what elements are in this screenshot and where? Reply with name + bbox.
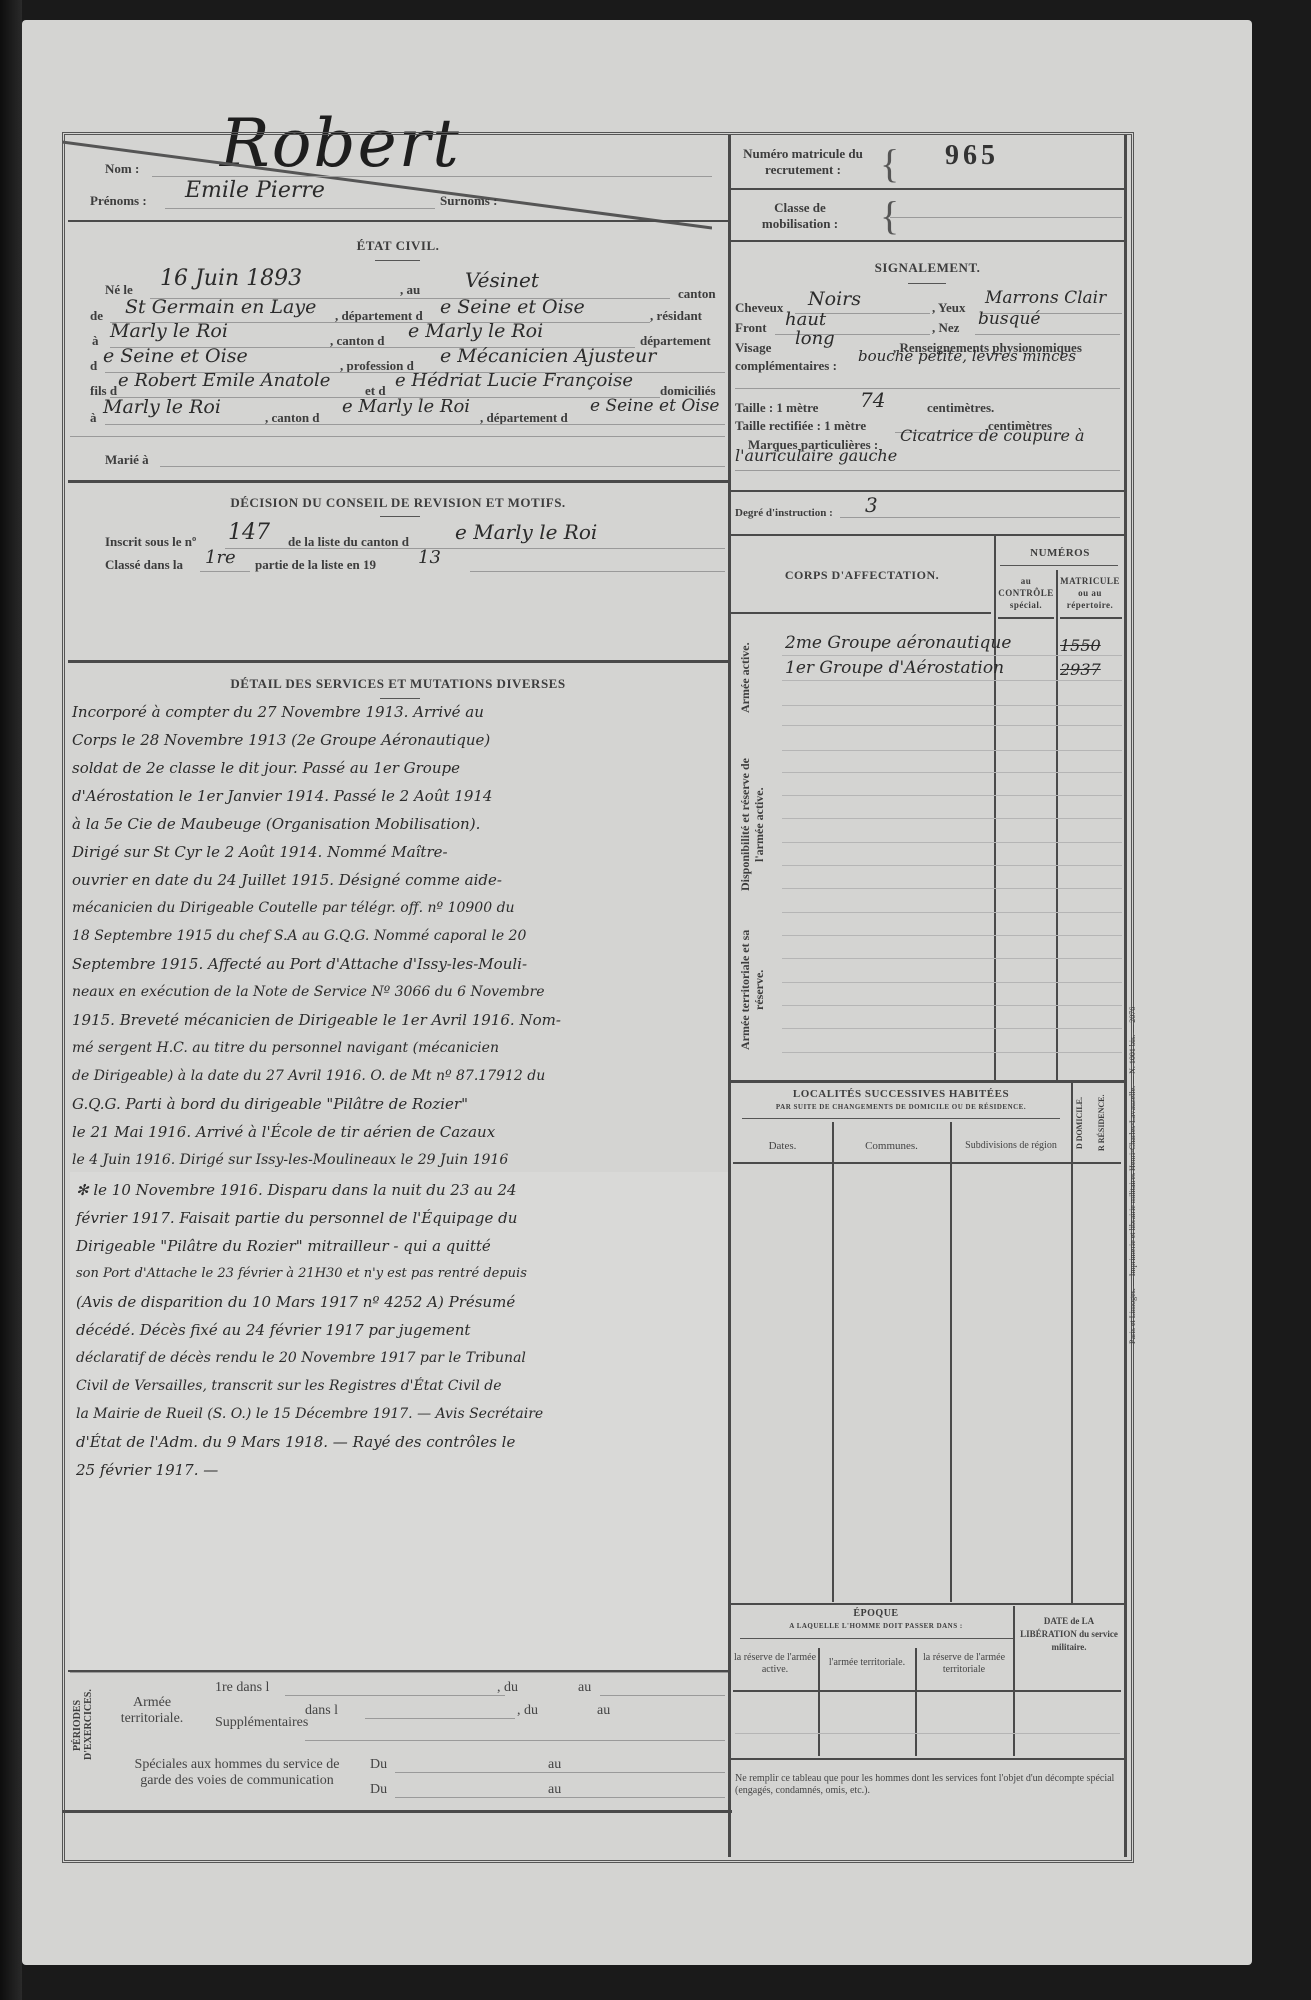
col-communes: Communes. (835, 1140, 948, 1152)
supplementaires-label: Supplémentaires (215, 1715, 308, 1731)
service-line: le 4 Juin 1916. Dirigé sur Issy-les-Moul… (72, 1146, 727, 1174)
au-label: , au (400, 282, 420, 298)
service-line: ouvrier en date du 24 Juillet 1915. Dési… (72, 866, 727, 894)
col-liberation: DATE de LA LIBÉRATION du service militai… (1016, 1615, 1122, 1654)
liste-canton-value[interactable]: e Marly le Roi (455, 520, 597, 544)
localites-title: LOCALITÉS SUCCESSIVES HABITÉES (731, 1088, 1071, 1100)
service-line: G.Q.G. Parti à bord du dirigeable "Pilât… (72, 1090, 727, 1118)
visage-label: Visage (735, 340, 771, 356)
classe-label: Classe de mobilisation : (740, 200, 860, 232)
departement2-prefix: d (90, 358, 97, 374)
marie-label: Marié à (105, 452, 149, 468)
au3-label: au (548, 1757, 561, 1773)
cheveux-value[interactable]: Noirs (808, 288, 861, 310)
du4-label: Du (370, 1782, 387, 1798)
au4-label: au (548, 1782, 561, 1798)
note-line: Dirigeable "Pilâtre du Rozier" mitraille… (76, 1232, 726, 1260)
printer-imprint: Paris et Limoges. — Imprimerie et librai… (1128, 880, 1137, 1470)
etat-civil-title: ÉTAT CIVIL. (68, 238, 728, 254)
speciales-label-1: Spéciales aux hommes du service de (112, 1757, 362, 1773)
du-label: , du (497, 1680, 518, 1696)
note-line: Civil de Versailles, transcrit sur les R… (76, 1372, 726, 1400)
service-line: de Dirigeable) à la date du 27 Avril 191… (72, 1062, 727, 1090)
note-line: déclaratif de décès rendu le 20 Novembre… (76, 1344, 726, 1372)
nom-label: Nom : (105, 161, 139, 177)
service-line: Dirigé sur St Cyr le 2 Août 1914. Nommé … (72, 838, 727, 866)
service-line: mé sergent H.C. au titre du personnel na… (72, 1034, 727, 1062)
note-line: décédé. Décès fixé au 24 février 1917 pa… (76, 1316, 726, 1344)
matricule-entry-1[interactable]: 1550 (1060, 636, 1101, 655)
col-controle: au CONTRÔLE spécial. (996, 575, 1056, 611)
epoque-subtitle: A LAQUELLE L'HOMME DOIT PASSER DANS : (731, 1622, 1021, 1630)
taille-label: Taille : 1 mètre (735, 400, 818, 416)
residence-departement[interactable]: e Seine et Oise (103, 345, 248, 367)
birth-place[interactable]: Vésinet (465, 268, 539, 292)
service-line: à la 5e Cie de Maubeuge (Organisation Mo… (72, 810, 727, 838)
signalement-title: SIGNALEMENT. (731, 260, 1124, 276)
complementaires-label: complémentaires : (735, 358, 837, 374)
birth-canton[interactable]: St Germain en Laye (125, 296, 316, 318)
partie-label: partie de la liste en 19 (255, 557, 376, 573)
cross-stroke (62, 140, 712, 230)
corps-entry-1[interactable]: 2me Groupe aéronautique (785, 633, 1011, 653)
classe-partie-value[interactable]: 1re (205, 547, 236, 568)
inscrit-label: Inscrit sous le nº (105, 534, 196, 550)
armee-territoriale-label: Armée territoriale. (112, 1695, 192, 1727)
taille-value[interactable]: 74 (860, 388, 885, 412)
parents-canton[interactable]: e Marly le Roi (342, 396, 470, 417)
canton-de-label: de (90, 308, 103, 324)
residence[interactable]: Marly le Roi (110, 320, 228, 342)
localites-subtitle: PAR SUITE DE CHANGEMENTS DE DOMICILE OU … (731, 1103, 1071, 1111)
degre-value[interactable]: 3 (865, 493, 878, 517)
col-territoriale: l'armée territoriale. (820, 1657, 914, 1669)
prenoms-value[interactable]: Emile Pierre (185, 178, 325, 203)
prenoms-label: Prénoms : (90, 193, 147, 209)
residant-label: , résidant (650, 308, 702, 324)
service-line: Corps le 28 Novembre 1913 (2e Groupe Aér… (72, 726, 727, 754)
col-matricule: MATRICULE ou au répertoire. (1058, 575, 1122, 611)
section-territoriale: Armée territoriale et sa réserve. (738, 910, 766, 1070)
matricule-label: Numéro matricule du recrutement : (738, 146, 868, 178)
service-line: soldat de 2e classe le dit jour. Passé a… (72, 754, 727, 782)
corps-title: CORPS D'AFFECTATION. (731, 568, 993, 583)
epoque-note: Ne remplir ce tableau que pour les homme… (735, 1773, 1120, 1797)
au-label: au (578, 1680, 591, 1696)
father-name[interactable]: e Robert Emile Anatole (118, 370, 330, 391)
mother-name[interactable]: e Hédriat Lucie Françoise (395, 370, 633, 391)
au2-label: au (597, 1703, 610, 1719)
book-binding (0, 0, 22, 2000)
yeux-value[interactable]: Marrons Clair (985, 288, 1106, 308)
numeros-title: NUMÉROS (996, 547, 1124, 559)
decision-title: DÉCISION DU CONSEIL DE REVISION ET MOTIF… (68, 495, 728, 511)
parents-domicile[interactable]: Marly le Roi (103, 396, 221, 418)
service-line: le 21 Mai 1916. Arrivé à l'École de tir … (72, 1118, 727, 1146)
speciales-label-2: garde des voies de communication (112, 1773, 362, 1789)
taille-rect-label: Taille rectifiée : 1 mètre (735, 418, 866, 434)
centimetres-label: centimètres. (927, 400, 994, 416)
degre-label: Degré d'instruction : (735, 507, 833, 519)
epoque-title: ÉPOQUE (731, 1608, 1021, 1619)
col-subdivisions: Subdivisions de région (952, 1140, 1070, 1151)
pasted-note: ✻ le 10 Novembre 1916. Disparu dans la n… (70, 1172, 731, 1673)
front-label: Front (735, 320, 767, 336)
note-line: 25 février 1917. — (76, 1456, 726, 1484)
note-line: son Port d'Attache le 23 février à 21H30… (76, 1260, 726, 1288)
premiere-label: 1re dans l (215, 1680, 269, 1696)
marques-value-2[interactable]: l'auriculaire gauche (735, 446, 897, 465)
note-line: ✻ le 10 Novembre 1916. Disparu dans la n… (76, 1176, 726, 1204)
classe-dans-label: Classé dans la (105, 557, 183, 573)
visage-value[interactable]: long (795, 328, 835, 349)
marques-value-1[interactable]: Cicatrice de coupure à (900, 426, 1085, 445)
matricule-entry-2[interactable]: 2937 (1060, 660, 1101, 679)
profession-value[interactable]: e Mécanicien Ajusteur (440, 345, 656, 367)
complementaires-value[interactable]: bouche petite, lèvres minces (858, 347, 1076, 365)
du2-label: , du (517, 1703, 538, 1719)
service-line: d'Aérostation le 1er Janvier 1914. Passé… (72, 782, 727, 810)
nez-label: , Nez (932, 320, 959, 336)
col-dates: Dates. (735, 1140, 830, 1152)
note-line: février 1917. Faisait partie du personne… (76, 1204, 726, 1232)
cheveux-label: Cheveux (735, 300, 783, 316)
inscrit-number[interactable]: 147 (228, 520, 270, 545)
residence-canton[interactable]: e Marly le Roi (408, 320, 543, 342)
service-line: mécanicien du Dirigeable Coutelle par té… (72, 894, 727, 922)
service-line: 18 Septembre 1915 du chef S.A au G.Q.G. … (72, 922, 727, 950)
service-line: Septembre 1915. Affecté au Port d'Attach… (72, 950, 727, 978)
section-armee-active: Armée active. (738, 625, 753, 730)
note-line: (Avis de disparition du 10 Mars 1917 nº … (76, 1288, 726, 1316)
domicile-a-label: à (90, 410, 97, 426)
note-line: d'État de l'Adm. du 9 Mars 1918. — Rayé … (76, 1428, 726, 1456)
du3-label: Du (370, 1757, 387, 1773)
parents-departement[interactable]: e Seine et Oise (590, 396, 719, 416)
service-line: neaux en exécution de la Note de Service… (72, 978, 727, 1006)
col-reserve-active: la réserve de l'armée active. (733, 1652, 817, 1676)
col-reserve-territoriale: la réserve de l'armée territoriale (917, 1652, 1011, 1676)
nez-value[interactable]: busqué (978, 309, 1040, 329)
canton-label: canton (678, 286, 716, 302)
yeux-label: , Yeux (932, 300, 965, 316)
residant-a-label: à (92, 333, 99, 349)
dans-label: dans l (305, 1703, 338, 1719)
corps-entry-2[interactable]: 1er Groupe d'Aérostation (785, 658, 1004, 678)
section-disponibilite: Disponibilité et réserve de l'armée acti… (738, 740, 766, 910)
services-title: DÉTAIL DES SERVICES ET MUTATIONS DIVERSE… (68, 676, 728, 692)
col-domicile: D DOMICILE. (1075, 1088, 1084, 1158)
birth-departement[interactable]: e Seine et Oise (440, 296, 585, 318)
birth-date[interactable]: 16 Juin 1893 (160, 266, 302, 291)
front-value[interactable]: haut (785, 309, 826, 330)
note-line: la Mairie de Rueil (S. O.) le 15 Décembr… (76, 1400, 726, 1428)
periodes-side-label: PÉRIODES D'EXERCICES. (72, 1675, 94, 1775)
service-line: Incorporé à compter du 27 Novembre 1913.… (72, 698, 727, 726)
surnoms-label: Surnoms : (440, 193, 497, 209)
service-line: 1915. Breveté mécanicien de Dirigeable l… (72, 1006, 727, 1034)
services-detail: Incorporé à compter du 27 Novembre 1913.… (72, 698, 727, 1231)
liste-annee[interactable]: 13 (418, 547, 441, 568)
matricule-value[interactable]: 965 (945, 140, 999, 172)
col-residence: R RÉSIDENCE. (1097, 1088, 1106, 1158)
